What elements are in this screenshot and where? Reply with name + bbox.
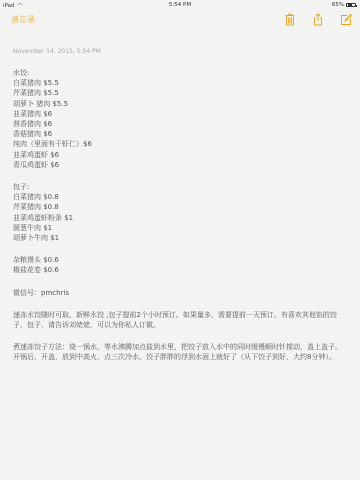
spacer [13,298,346,310]
list-item: 胡萝卜牛肉 $1 [13,233,346,243]
note-body[interactable]: 水饺: 白菜猪肉 $5.5 芹菜猪肉 $5.5 胡萝卜 猪肉 $5.5 韭菜猪肉… [13,68,346,362]
list-item: 韭菜鸡蛋虾 $6 [13,150,346,160]
trash-icon[interactable] [284,13,296,26]
list-item: 椒盐花卷 $0.6 [13,265,346,275]
list-item: 芹菜猪肉 $5.5 [13,88,346,98]
compose-icon[interactable] [340,13,352,26]
spacer [13,243,346,255]
buns-heading: 包子: [13,182,346,192]
list-item: 茴香猪肉 $6 [13,119,346,129]
note-content[interactable]: November 14, 2015, 5:54 PM 水饺: 白菜猪肉 $5.5… [13,48,346,362]
nav-bar: 备忘录 [0,10,360,30]
share-icon[interactable] [312,13,324,26]
spacer [13,276,346,288]
list-item: 白菜猪肉 $0.8 [13,192,346,202]
status-bar: iPad ◠ 5:54 PM 65% [0,0,360,10]
spacer [13,170,346,182]
cooking-paragraph: 煮速冻饺子方法：烧一锅水，等水沸腾加点盐到水里，把饺子放入水中的同时缓慢顺时针搅… [13,342,346,362]
list-item: 胡萝卜 猪肉 $5.5 [13,99,346,109]
dumplings-heading: 水饺: [13,68,346,78]
note-date: November 14, 2015, 5:54 PM [13,48,346,60]
clock: 5:54 PM [0,2,360,8]
list-item: 杂粮馒头 $0.6 [13,255,346,265]
battery-icon [346,3,356,8]
ordering-paragraph: 速冻水饺随时可取，新鲜水饺 ,包子提前2个小时预订。如果量多，需要提前一天预订。… [13,310,346,330]
spacer [13,330,346,342]
back-button[interactable]: 备忘录 [11,14,35,25]
list-item: 圆葱牛肉 $1 [13,223,346,233]
list-item: 香菇猪肉 $6 [13,129,346,139]
nav-actions [284,13,352,26]
list-item: 青瓜鸡蛋虾 $6 [13,160,346,170]
list-item: 白菜猪肉 $5.5 [13,78,346,88]
wechat-id: 微信号：pmchris [13,288,346,298]
list-item: 韭菜鸡蛋虾粉条 $1 [13,213,346,223]
battery-percent: 65% [332,2,344,8]
list-item: 纯肉（里面有干虾仁）$6 [13,139,346,149]
list-item: 韭菜猪肉 $6 [13,109,346,119]
status-right: 65% [332,2,356,8]
list-item: 芹菜猪肉 $0.8 [13,202,346,212]
notes-screen: iPad ◠ 5:54 PM 65% 备忘录 [0,0,360,480]
